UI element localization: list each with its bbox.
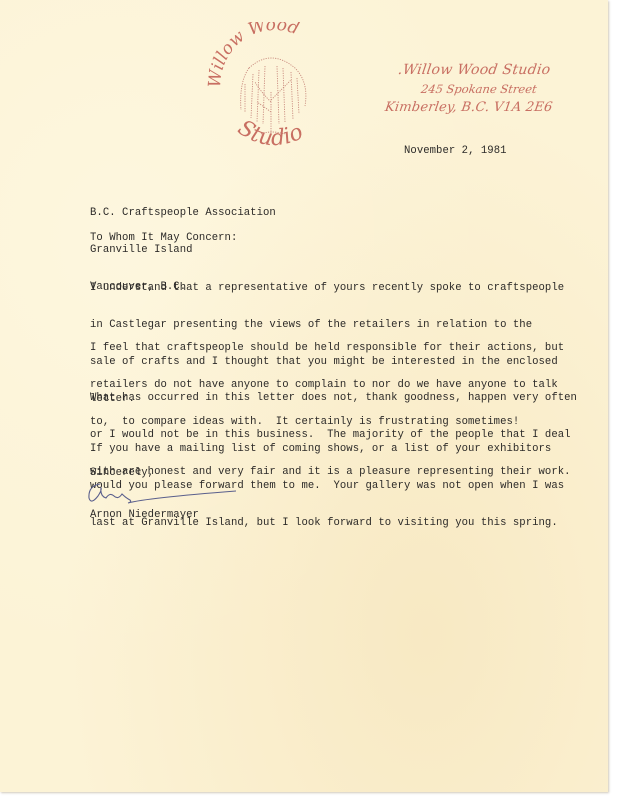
willow-wood-studio-logo: Willow Wood Studio [205,22,340,157]
recipient-line: B.C. Craftspeople Association [90,207,276,219]
body-line: I understand that a representative of yo… [90,282,564,294]
studio-name: .Willow Wood Studio [397,62,552,78]
letter-page: Willow Wood Studio .Willow Wood Studio 2… [0,0,608,792]
letter-date: November 2, 1981 [404,145,507,157]
recipient-line: Granville Island [90,244,276,256]
studio-street: 245 Spokane Street [420,82,538,96]
handwritten-signature-icon [86,478,236,508]
body-line: What has occurred in this letter does no… [90,392,577,404]
body-line: If you have a mailing list of coming sho… [90,443,564,455]
studio-city: Kimberley, B.C. V1A 2E6 [384,100,554,115]
salutation: To Whom It May Concern: [90,232,237,244]
signer-name: Arnon Niedermayer [90,509,199,521]
body-line: I feel that craftspeople should be held … [90,342,564,354]
logo-top-text: Willow Wood [205,22,302,88]
logo-bottom-text: Studio [233,115,307,151]
